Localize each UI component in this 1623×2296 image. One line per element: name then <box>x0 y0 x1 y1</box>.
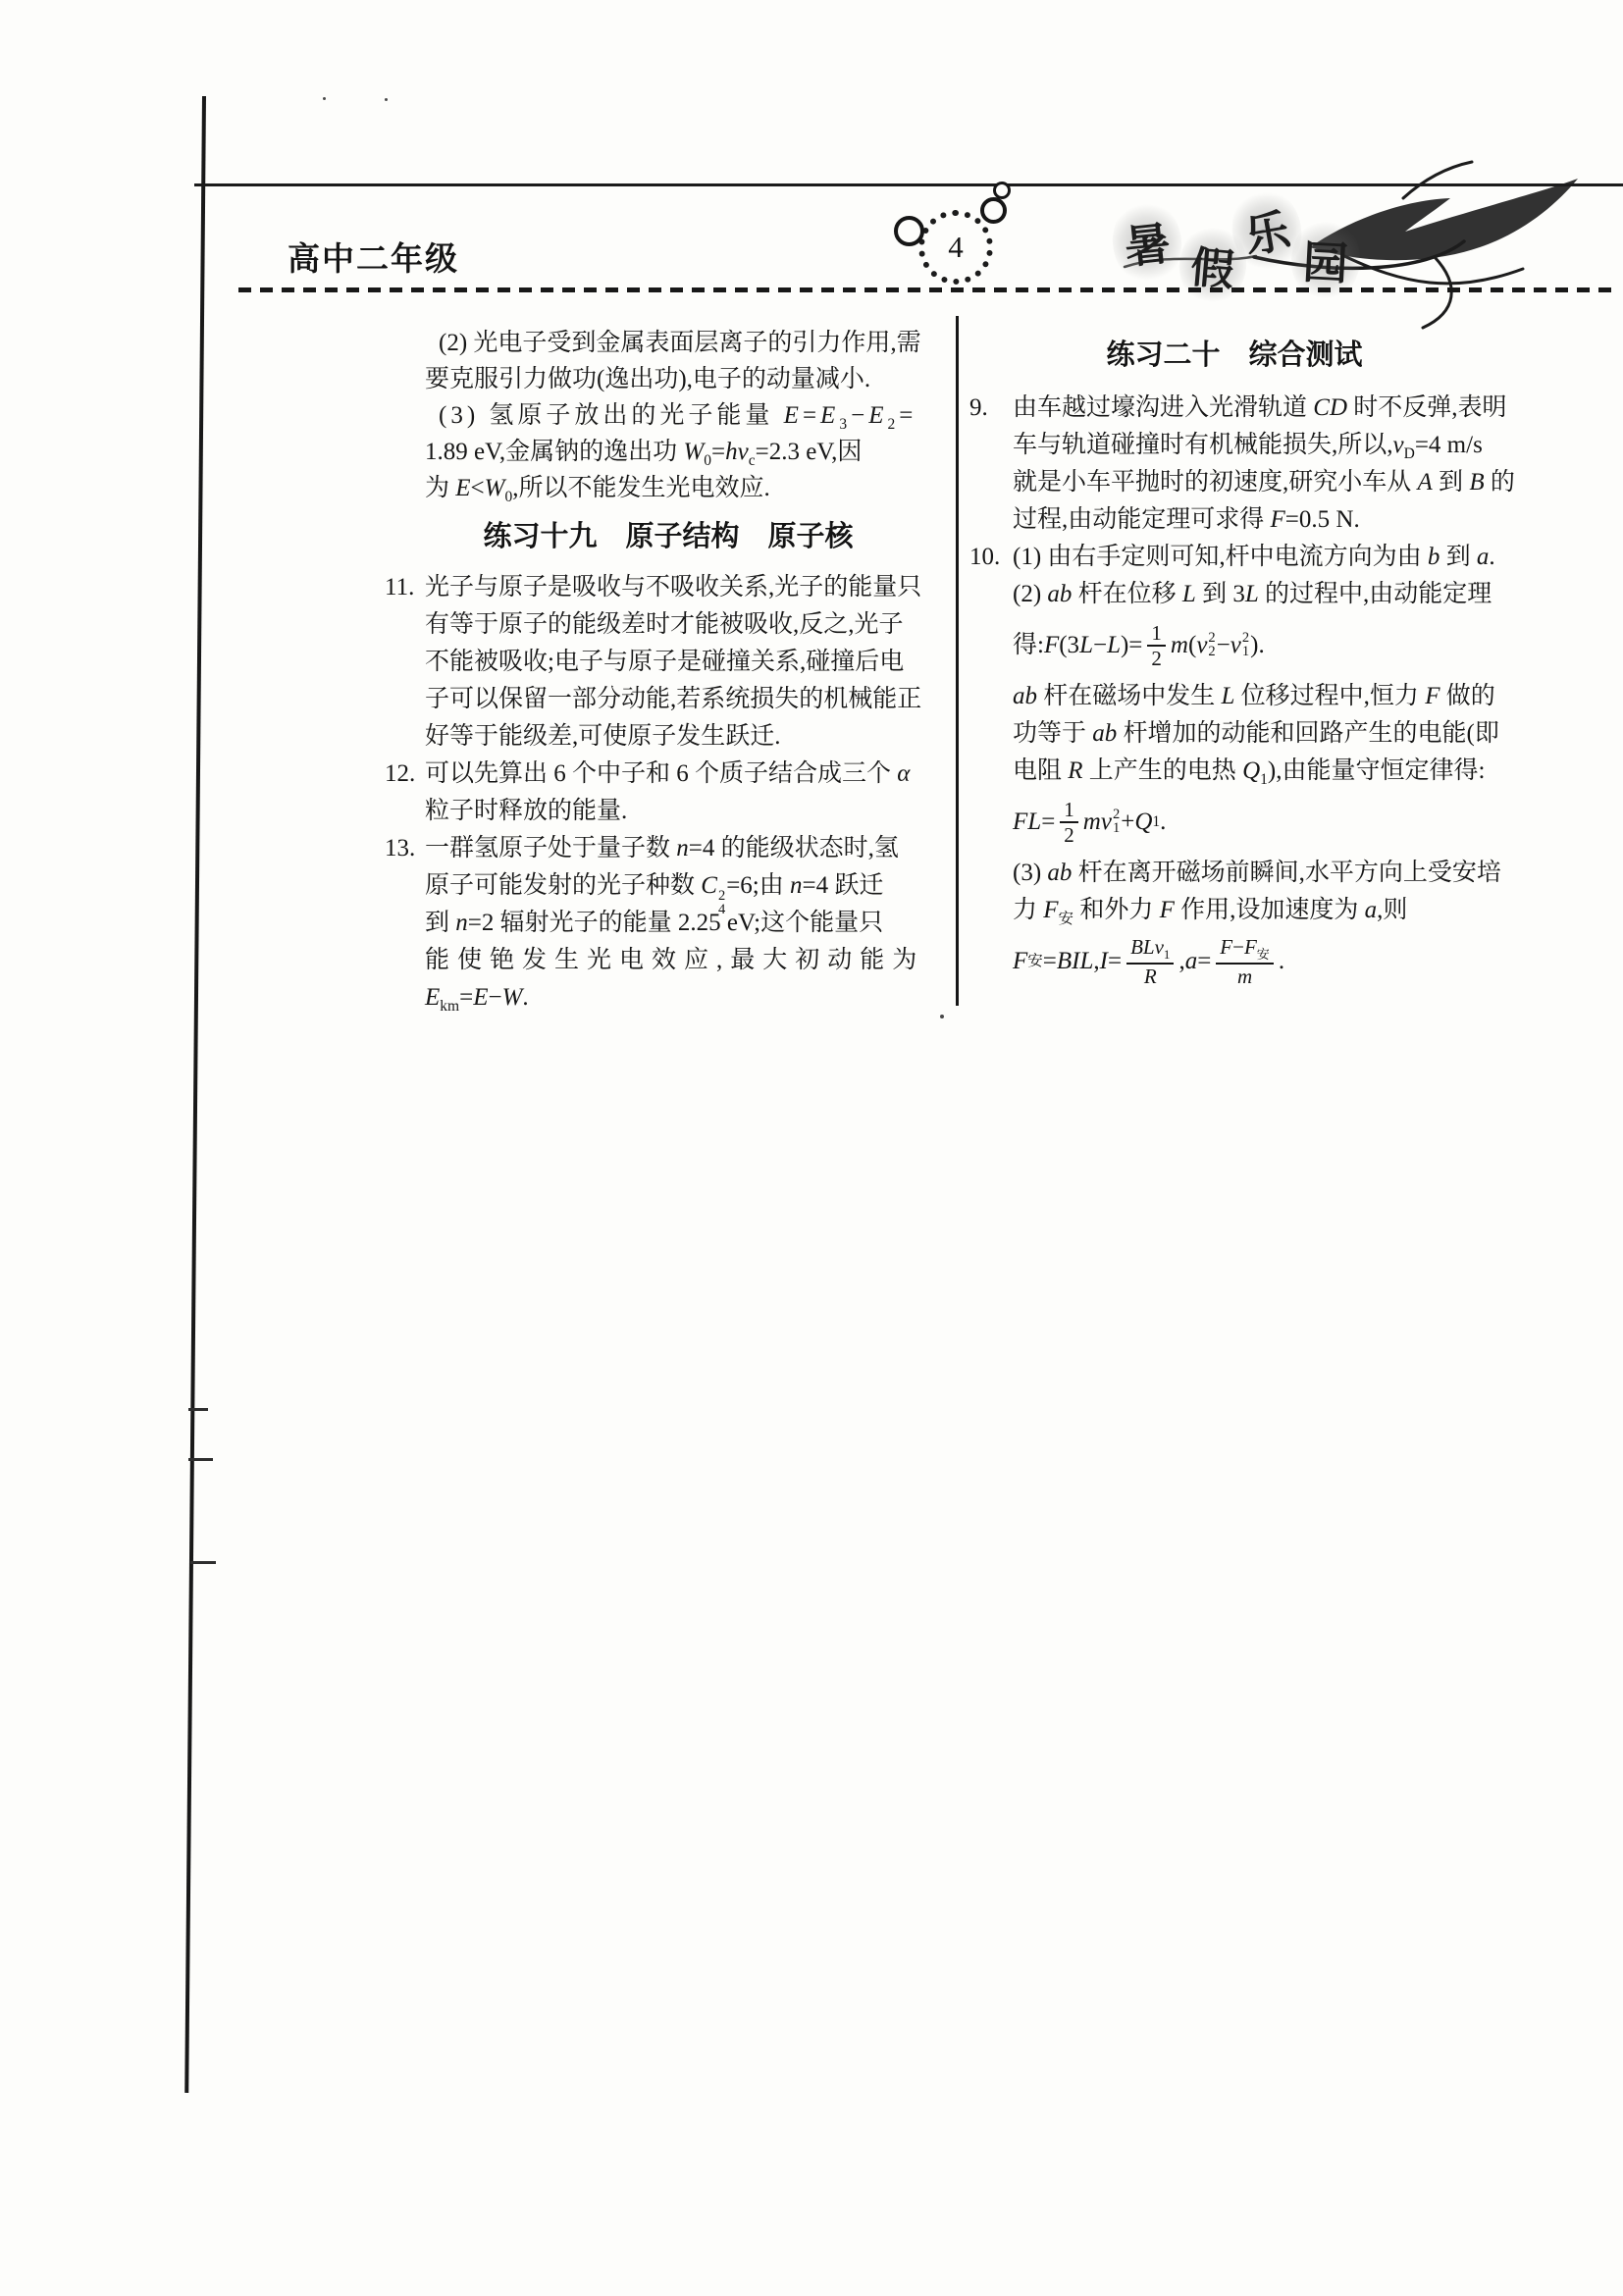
answer-item-11: 11. 光子与原子是吸收与不吸收关系,光子的能量只 有等于原子的能级差时才能被吸… <box>383 569 954 756</box>
answer-line: (3) 氢原子放出的光子能量 E=E3−E2= <box>425 397 954 434</box>
answer-line: ab 杆在磁场中发生 L 位移过程中,恒力 F 做的 <box>1013 678 1501 715</box>
page-number: 4 <box>948 230 964 265</box>
page-number-badge: 4 <box>918 210 993 285</box>
section-title-exercise-19: 练习十九 原子结构 原子核 <box>383 516 954 555</box>
left-column: (2) 光电子受到金属表面层离子的引力作用,需 要克服引力做功(逸出功),电子的… <box>383 325 954 1017</box>
answer-line: 可以先算出 6 个中子和 6 个质子结合成三个 α <box>425 756 954 793</box>
column-divider <box>956 316 959 1006</box>
grade-label: 高中二年级 <box>288 234 459 280</box>
answer-line: 光子与原子是吸收与不吸收关系,光子的能量只 <box>425 569 954 606</box>
answer-line: 好等于能级差,可使原子发生跃迁. <box>425 718 954 756</box>
answer-line: Ekm=E−W. <box>425 979 954 1017</box>
answer-line: 到 n=2 辐射光子的能量 2.25 eV;这个能量只 <box>425 905 954 942</box>
section-title-exercise-20: 练习二十 综合测试 <box>968 335 1501 374</box>
answer-line: 由车越过壕沟进入光滑轨道 CD 时不反弹,表明 <box>1013 390 1501 427</box>
margin-tick <box>188 1458 213 1461</box>
atom-orbit-circle <box>894 216 924 246</box>
answer-line: 功等于 ab 杆增加的动能和回路产生的电能(即 <box>1013 715 1501 753</box>
answer-line: 为 E<W0,所以不能发生光电效应. <box>425 470 954 506</box>
answer-line: (2) ab 杆在位移 L 到 3L 的过程中,由动能定理 <box>1013 576 1501 613</box>
answer-line: 能使铯发生光电效应,最大初动能为 <box>425 942 954 979</box>
scan-speck <box>385 98 388 101</box>
right-column: 练习二十 综合测试 9. 由车越过壕沟进入光滑轨道 CD 时不反弹,表明 车与轨… <box>968 335 1501 994</box>
answer-item-12: 12. 可以先算出 6 个中子和 6 个质子结合成三个 α 粒子时释放的能量. <box>383 756 954 830</box>
answer-line: 原子可能发射的光子种数 C24=6;由 n=4 跃迁 <box>425 867 954 905</box>
answer-line: 一群氢原子处于量子数 n=4 的能级状态时,氢 <box>425 830 954 867</box>
header-dashed-rule <box>238 287 1614 292</box>
answer-line: 有等于原子的能级差时才能被吸收,反之,光子 <box>425 606 954 644</box>
answer-formula-line: F安=BIL,I=BLv1R,a=F−F安m. <box>1013 929 1501 994</box>
answer-line: 要克服引力做功(逸出功),电子的动量减小. <box>425 361 954 397</box>
item-number: 12. <box>385 756 415 793</box>
item-number: 13. <box>385 830 415 867</box>
atom-orbit-circle <box>993 182 1011 199</box>
atom-orbit-circle <box>980 197 1007 224</box>
margin-tick <box>190 1561 216 1564</box>
item-number: 10. <box>969 539 1000 576</box>
answer-item-13: 13. 一群氢原子处于量子数 n=4 的能级状态时,氢 原子可能发射的光子种数 … <box>383 830 954 1017</box>
answer-line: 粒子时释放的能量. <box>425 793 954 830</box>
margin-tick <box>188 1408 208 1411</box>
item-number: 11. <box>385 569 414 606</box>
page-edge-scan-line <box>184 96 206 2093</box>
answer-line: 就是小车平抛时的初速度,研究小车从 A 到 B 的 <box>1013 464 1501 501</box>
scan-speck <box>323 97 326 100</box>
answer-line: 电阻 R 上产生的电热 Q1),由能量守恒定律得: <box>1013 753 1501 790</box>
answer-line: 不能被吸收;电子与原子是碰撞关系,碰撞后电 <box>425 644 954 681</box>
banner-title: 暑 假 乐 园 <box>1109 137 1623 334</box>
answer-formula-line: 得:F(3L−L)=12m(v22−v21). <box>1013 613 1501 678</box>
answer-line: (3) ab 杆在离开磁场前瞬间,水平方向上受安培 <box>1013 855 1501 892</box>
answer-line: 过程,由动能定理可求得 F=0.5 N. <box>1013 501 1501 539</box>
answer-block-prelude: (2) 光电子受到金属表面层离子的引力作用,需 要克服引力做功(逸出功),电子的… <box>383 325 954 506</box>
answer-line: 力 F安 和外力 F 作用,设加速度为 a,则 <box>1013 892 1501 929</box>
answer-line: 1.89 eV,金属钠的逸出功 W0=hvc=2.3 eV,因 <box>425 434 954 470</box>
scanned-workbook-page: 高中二年级 4 暑 假 乐 园 (2) 光电子受到金属表面层离子的引力作用,需 … <box>0 0 1623 2296</box>
brush-swoosh-decoration <box>1109 137 1623 334</box>
answer-item-9: 9. 由车越过壕沟进入光滑轨道 CD 时不反弹,表明 车与轨道碰撞时有机械能损失… <box>968 390 1501 539</box>
item-number: 9. <box>969 390 988 427</box>
answer-line: (2) 光电子受到金属表面层离子的引力作用,需 <box>425 325 954 361</box>
answer-line: 子可以保留一部分动能,若系统损失的机械能正 <box>425 681 954 718</box>
answer-line: (1) 由右手定则可知,杆中电流方向为由 b 到 a. <box>1013 539 1501 576</box>
answer-line: 车与轨道碰撞时有机械能损失,所以,vD=4 m/s <box>1013 427 1501 464</box>
answer-formula-line: FL=12mv21+Q1. <box>1013 790 1501 855</box>
answer-item-10: 10. (1) 由右手定则可知,杆中电流方向为由 b 到 a. (2) ab 杆… <box>968 539 1501 994</box>
